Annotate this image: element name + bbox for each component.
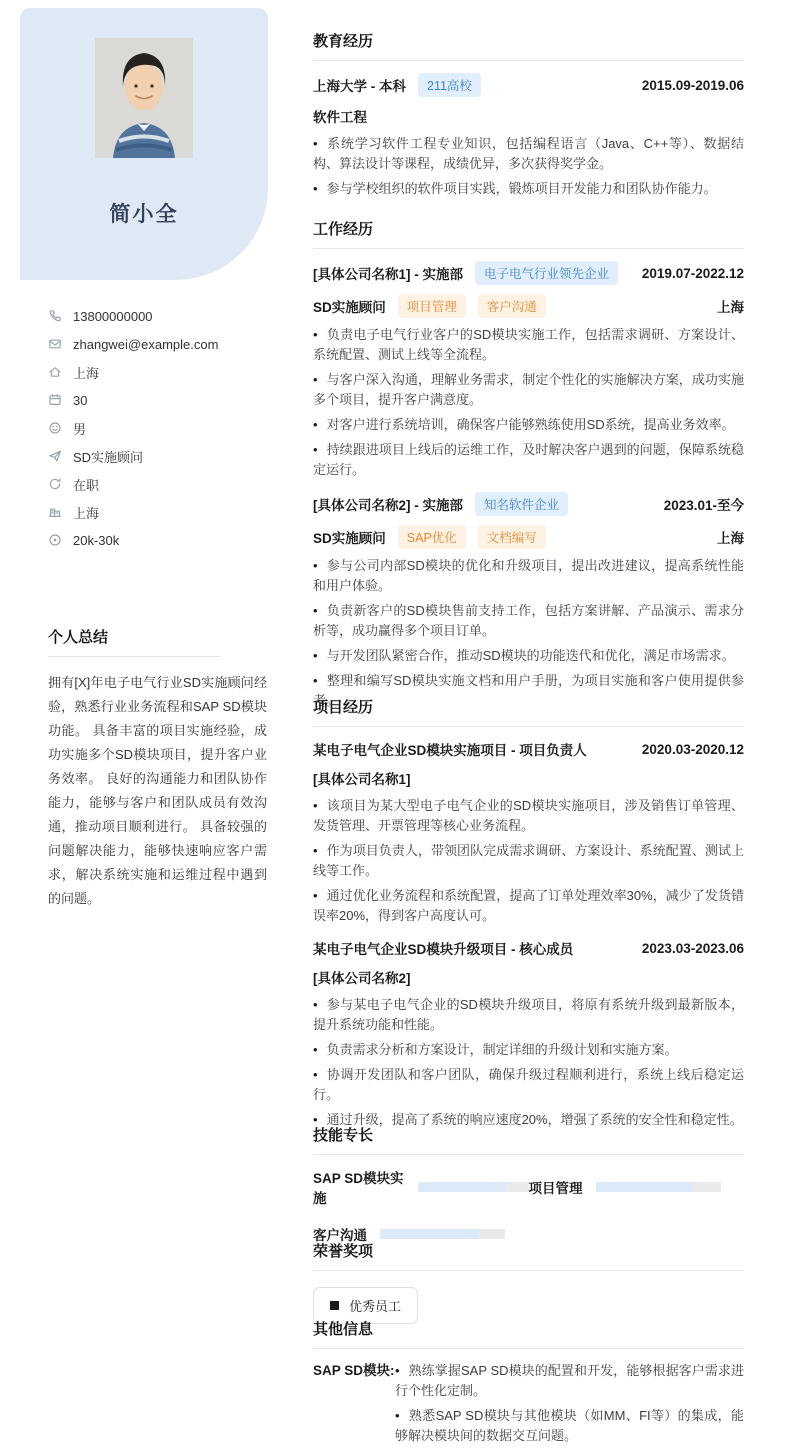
profile-photo (95, 38, 193, 158)
contact-jobtitle-text: SD实施顾问 (73, 447, 143, 466)
education-school: 上海大学 - 本科 (313, 75, 406, 95)
work-company-badge: 电子电气行业领先企业 (475, 261, 618, 285)
work-role: SD实施顾问 (313, 527, 386, 547)
skill-name: 项目管理 (529, 1177, 583, 1197)
profile-name: 简小全 (20, 198, 268, 228)
work-location: 上海 (717, 296, 744, 316)
work-entry-2: [具体公司名称2] - 实施部 知名软件企业 2023.01-至今 SD实施顾问… (313, 492, 744, 711)
contact-item-phone: 13800000000 (48, 302, 268, 330)
phone-icon (48, 309, 62, 323)
project-name: 某电子电气企业SD模块实施项目 - 项目负责人 (313, 739, 587, 759)
contact-item-gender: 男 (48, 414, 268, 442)
section-work: 工作经历 [具体公司名称1] - 实施部 电子电气行业领先企业 2019.07-… (313, 218, 744, 716)
contact-gender-text: 男 (73, 419, 86, 438)
skill-bar-fill (418, 1182, 506, 1192)
project-date: 2020.03-2020.12 (642, 742, 744, 757)
contact-salary-text: 20k-30k (73, 533, 119, 548)
work-tag: SAP优化 (398, 525, 466, 549)
project-bullet: 作为项目负责人，带领团队完成需求调研、方案设计、系统配置、测试上线等工作。 (313, 841, 744, 881)
gender-icon (48, 421, 62, 435)
contact-item-status: 在职 (48, 470, 268, 498)
skill-bar (418, 1182, 529, 1192)
work-bullet: 持续跟进项目上线后的运维工作，及时解决客户遇到的问题，保障系统稳定运行。 (313, 440, 744, 480)
resume-page: 简小全 13800000000 zhangwei@example.com 上海 … (0, 0, 794, 1450)
work-company: [具体公司名称2] - 实施部 (313, 494, 463, 514)
contact-status-text: 在职 (73, 475, 99, 494)
work-date: 2019.07-2022.12 (642, 266, 744, 281)
project-bullet: 通过优化业务流程和系统配置，提高了订单处理效率30%，减少了发货错误率20%，得… (313, 886, 744, 926)
other-bullet: 熟悉SAP SD模块与其他模块（如MM、FI等）的集成，能够解决模块间的数据交互… (395, 1406, 744, 1446)
status-icon (48, 477, 62, 491)
summary-title: 个人总结 (48, 626, 220, 657)
project-name: 某电子电气企业SD模块升级项目 - 核心成员 (313, 938, 573, 958)
contact-item-jobtitle: SD实施顾问 (48, 442, 268, 470)
education-title: 教育经历 (313, 30, 744, 61)
home-icon (48, 365, 62, 379)
email-icon (48, 337, 62, 351)
profile-panel: 简小全 (20, 8, 268, 280)
salary-icon (48, 533, 62, 547)
project-entry-2: 某电子电气企业SD模块升级项目 - 核心成员 2023.03-2023.06 [… (313, 938, 744, 1130)
city-icon (48, 505, 62, 519)
section-education: 教育经历 上海大学 - 本科 211高校 2015.09-2019.06 软件工… (313, 30, 744, 204)
section-skills: 技能专长 SAP SD模块实施 项目管理 客户沟通 (313, 1124, 744, 1244)
contact-phone-text: 13800000000 (73, 309, 153, 324)
skill-bar-fill (596, 1182, 692, 1192)
work-title: 工作经历 (313, 218, 744, 249)
contact-list: 13800000000 zhangwei@example.com 上海 30 男… (48, 302, 268, 554)
education-bullet: 参与学校组织的软件项目实践，锻炼项目开发能力和团队协作能力。 (313, 179, 744, 199)
project-bullet: 该项目为某大型电子电气企业的SD模块实施项目，涉及销售订单管理、发货管理、开票管… (313, 796, 744, 836)
summary-section: 个人总结 拥有[X]年电子电气行业SD实施顾问经验，熟悉行业业务流程和SAP S… (48, 626, 267, 911)
work-bullet: 对客户进行系统培训，确保客户能够熟练使用SD系统，提高业务效率。 (313, 415, 744, 435)
projects-title: 项目经历 (313, 696, 744, 727)
contact-item-email: zhangwei@example.com (48, 330, 268, 358)
skill-name: SAP SD模块实施 (313, 1167, 405, 1207)
work-entry-1: [具体公司名称1] - 实施部 电子电气行业领先企业 2019.07-2022.… (313, 261, 744, 480)
project-bullet: 协调开发团队和客户团队，确保升级过程顺利进行，系统上线后稳定运行。 (313, 1065, 744, 1105)
contact-item-city: 上海 (48, 498, 268, 526)
other-group-content: 熟练掌握SAP SD模块的配置和开发，能够根据客户需求进行个性化定制。 熟悉SA… (395, 1361, 744, 1450)
square-icon (330, 1301, 339, 1310)
project-bullet: 参与某电子电气企业的SD模块升级项目，将原有系统升级到最新版本，提升系统功能和性… (313, 995, 744, 1035)
project-date: 2023.03-2023.06 (642, 941, 744, 956)
section-other: 其他信息 SAP SD模块: 熟练掌握SAP SD模块的配置和开发，能够根据客户… (313, 1318, 744, 1450)
work-company: [具体公司名称1] - 实施部 (313, 263, 463, 283)
work-company-badge: 知名软件企业 (475, 492, 568, 516)
other-title: 其他信息 (313, 1318, 744, 1349)
work-location: 上海 (717, 527, 744, 547)
education-badge: 211高校 (418, 73, 481, 97)
work-bullet: 负责电子电气行业客户的SD模块实施工作，包括需求调研、方案设计、系统配置、测试上… (313, 325, 744, 365)
contact-age-text: 30 (73, 393, 87, 408)
section-honors: 荣誉奖项 优秀员工 (313, 1240, 744, 1324)
work-tag: 项目管理 (398, 294, 466, 318)
skills-title: 技能专长 (313, 1124, 744, 1155)
project-company: [具体公司名称2] (313, 971, 411, 986)
honor-label: 优秀员工 (349, 1296, 401, 1315)
skill-bar (596, 1182, 721, 1192)
project-bullet: 负责需求分析和方案设计，制定详细的升级计划和实施方案。 (313, 1040, 744, 1060)
section-projects: 项目经历 某电子电气企业SD模块实施项目 - 项目负责人 2020.03-202… (313, 696, 744, 1135)
contact-email-text[interactable]: zhangwei@example.com (73, 337, 218, 352)
work-bullet: 负责新客户的SD模块售前支持工作，包括方案讲解、产品演示、需求分析等，成功赢得多… (313, 601, 744, 641)
other-bullet: 熟练掌握SAP SD模块的配置和开发，能够根据客户需求进行个性化定制。 (395, 1361, 744, 1401)
skill-item: 项目管理 (529, 1167, 745, 1207)
other-group-label: SAP SD模块: (313, 1361, 395, 1450)
skill-bar-fill (380, 1229, 478, 1239)
work-role: SD实施顾问 (313, 296, 386, 316)
contact-item-age: 30 (48, 386, 268, 414)
contact-item-location: 上海 (48, 358, 268, 386)
contact-city-text: 上海 (73, 503, 99, 522)
education-entry: 上海大学 - 本科 211高校 2015.09-2019.06 软件工程 系统学… (313, 73, 744, 199)
skill-item: SAP SD模块实施 (313, 1167, 529, 1207)
work-bullet: 与开发团队紧密合作，推动SD模块的功能迭代和优化，满足市场需求。 (313, 646, 744, 666)
honors-title: 荣誉奖项 (313, 1240, 744, 1271)
contact-item-salary: 20k-30k (48, 526, 268, 554)
project-entry-1: 某电子电气企业SD模块实施项目 - 项目负责人 2020.03-2020.12 … (313, 739, 744, 926)
job-icon (48, 449, 62, 463)
education-date: 2015.09-2019.06 (642, 78, 744, 93)
skill-bar (380, 1229, 505, 1239)
contact-location-text: 上海 (73, 363, 99, 382)
work-bullet: 参与公司内部SD模块的优化和升级项目，提出改进建议，提高系统性能和用户体验。 (313, 556, 744, 596)
work-tag: 文档编写 (478, 525, 546, 549)
education-major: 软件工程 (313, 110, 367, 125)
project-company: [具体公司名称1] (313, 772, 411, 787)
age-icon (48, 393, 62, 407)
education-bullet: 系统学习软件工程专业知识，包括编程语言（Java、C++等）、数据结构、算法设计… (313, 134, 744, 174)
work-bullet: 与客户深入沟通，理解业务需求，制定个性化的实施解决方案，成功实施多个项目，提升客… (313, 370, 744, 410)
work-tag: 客户沟通 (478, 294, 546, 318)
work-date: 2023.01-至今 (664, 494, 744, 514)
summary-text: 拥有[X]年电子电气行业SD实施顾问经验，熟悉行业业务流程和SAP SD模块功能… (48, 671, 267, 911)
